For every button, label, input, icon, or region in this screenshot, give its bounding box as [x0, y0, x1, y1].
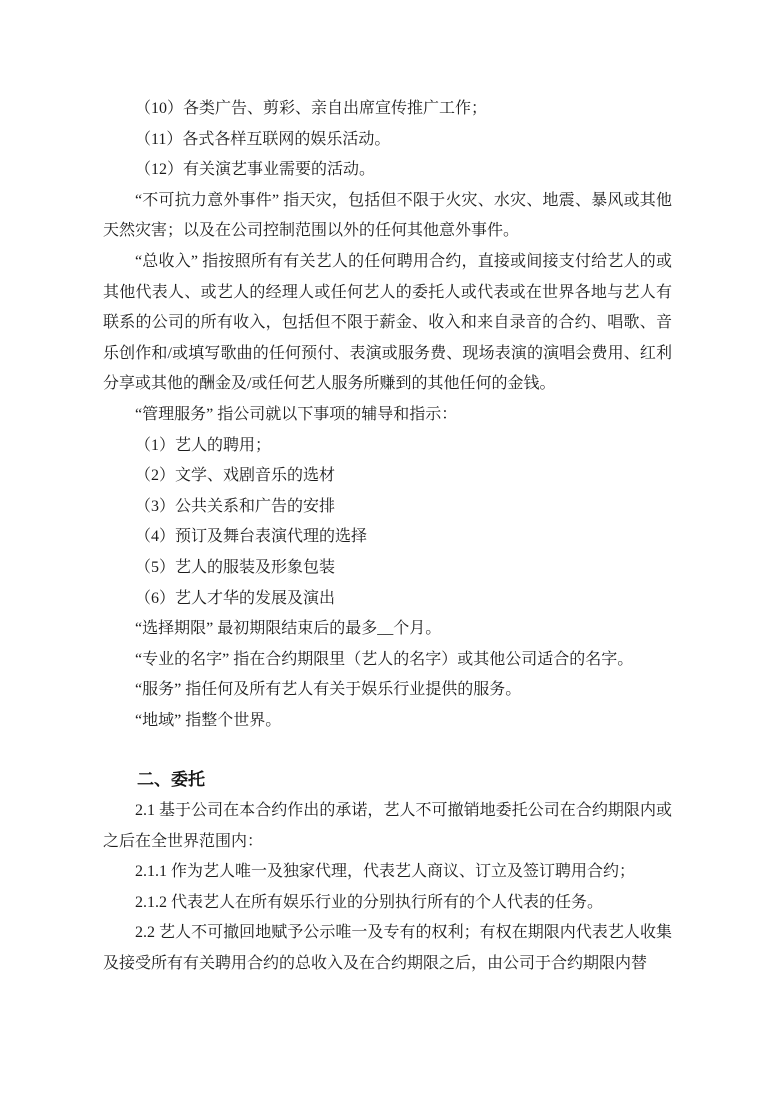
- document-page: （10）各类广告、剪彩、亲自出席宣传推广工作； （11）各式各样互联网的娱乐活动…: [0, 0, 774, 1095]
- section-heading-entrustment: 二、委托: [103, 765, 672, 796]
- definition-professional-name: “专业的名字” 指在合约期限里（艺人的名字）或其他公司适合的名字。: [103, 645, 672, 676]
- clause-2-1-2: 2.1.2 代表艺人在所有娱乐行业的分别执行所有的个人代表的任务。: [103, 888, 672, 919]
- definition-option-period: “选择期限” 最初期限结束后的最多__个月。: [103, 614, 672, 645]
- clause-2-1-1: 2.1.1 作为艺人唯一及独家代理，代表艺人商议、订立及签订聘用合约；: [103, 857, 672, 888]
- clause-2-1: 2.1 基于公司在本合约作出的承诺，艺人不可撤销地委托公司在合约期限内或之后在全…: [103, 796, 672, 857]
- clause-2-2: 2.2 艺人不可撤回地赋予公示唯一及专有的权利；有权在期限内代表艺人收集及接受所…: [103, 918, 672, 979]
- definition-territory: “地域” 指整个世界。: [103, 706, 672, 737]
- management-service-item-5: （5）艺人的服装及形象包装: [103, 553, 672, 584]
- clause-item-11: （11）各式各样互联网的娱乐活动。: [103, 125, 672, 156]
- clause-item-10: （10）各类广告、剪彩、亲自出席宣传推广工作；: [103, 94, 672, 125]
- clause-item-12: （12）有关演艺事业需要的活动。: [103, 155, 672, 186]
- definition-services: “服务” 指任何及所有艺人有关于娱乐行业提供的服务。: [103, 675, 672, 706]
- management-service-item-6: （6）艺人才华的发展及演出: [103, 584, 672, 615]
- definition-force-majeure: “不可抗力意外事件” 指天灾，包括但不限于火灾、水灾、地震、暴风或其他天然灾害；…: [103, 186, 672, 247]
- management-service-item-2: （2）文学、戏剧音乐的选材: [103, 461, 672, 492]
- definition-gross-income: “总收入” 指按照所有有关艺人的任何聘用合约，直接或间接支付给艺人的或其他代表人…: [103, 247, 672, 400]
- definition-management-services: “管理服务” 指公司就以下事项的辅导和指示：: [103, 400, 672, 431]
- management-service-item-4: （4）预订及舞台表演代理的选择: [103, 522, 672, 553]
- management-service-item-3: （3）公共关系和广告的安排: [103, 492, 672, 523]
- contract-text-body: （10）各类广告、剪彩、亲自出席宣传推广工作； （11）各式各样互联网的娱乐活动…: [103, 94, 672, 980]
- management-service-item-1: （1）艺人的聘用；: [103, 431, 672, 462]
